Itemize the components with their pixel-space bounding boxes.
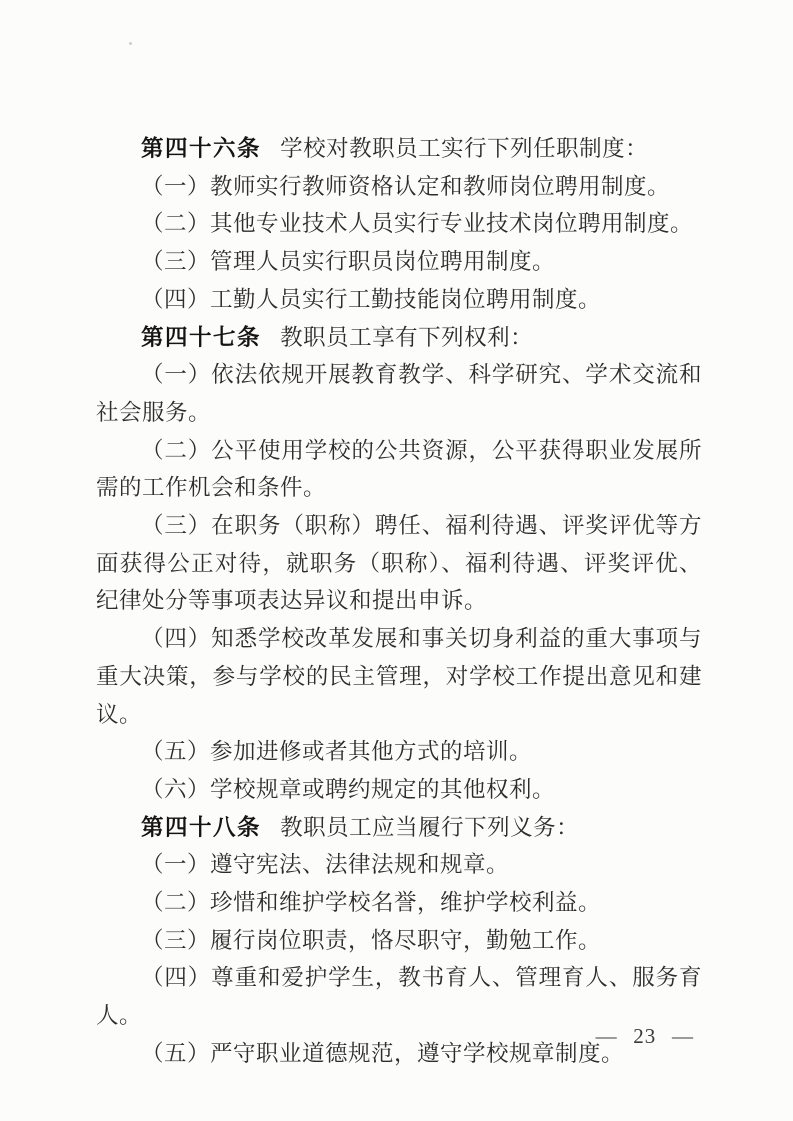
article-heading: 第四十八条教职员工应当履行下列义务： [96,809,702,847]
page-footer: — 23 — [596,1024,694,1049]
article-number: 第四十七条 [141,325,261,350]
document-body: 第四十六条学校对教职员工实行下列任职制度：（一）教师实行教师资格认定和教师岗位聘… [96,130,702,1073]
article-intro: 教职员工应当履行下列义务： [280,815,579,840]
article-item: （三）管理人员实行职员岗位聘用制度。 [96,243,702,281]
article-item: （四）知悉学校改革发展和事关切身利益的重大事项与重大决策，参与学校的民主管理，对… [96,620,702,733]
article-item: （二）其他专业技术人员实行专业技术岗位聘用制度。 [96,205,702,243]
article-number: 第四十八条 [141,815,261,840]
article-item: （一）教师实行教师资格认定和教师岗位聘用制度。 [96,168,702,206]
article-heading: 第四十七条教职员工享有下列权利： [96,319,702,357]
document-page: 第四十六条学校对教职员工实行下列任职制度：（一）教师实行教师资格认定和教师岗位聘… [0,0,793,1121]
article-item: （一）遵守宪法、法律法规和规章。 [96,846,702,884]
article-item: （二）公平使用学校的公共资源，公平获得职业发展所需的工作机会和条件。 [96,432,702,507]
article-item: （六）学校规章或聘约规定的其他权利。 [96,771,702,809]
article-item: （五）参加进修或者其他方式的培训。 [96,733,702,771]
page-number: — 23 — [596,1024,694,1048]
article-item: （一）依法依规开展教育教学、科学研究、学术交流和社会服务。 [96,356,702,431]
article-intro: 教职员工享有下列权利： [280,325,533,350]
article-intro: 学校对教职员工实行下列任职制度： [280,136,648,161]
article-item: （四）工勤人员实行工勤技能岗位聘用制度。 [96,281,702,319]
article-item: （三）在职务（职称）聘任、福利待遇、评奖评优等方面获得公正对待，就职务（职称）、… [96,507,702,620]
article-heading: 第四十六条学校对教职员工实行下列任职制度： [96,130,702,168]
article-item: （二）珍惜和维护学校名誉，维护学校利益。 [96,884,702,922]
article-item: （三）履行岗位职责，恪尽职守，勤勉工作。 [96,922,702,960]
article-number: 第四十六条 [141,136,261,161]
scan-speck [129,42,132,45]
